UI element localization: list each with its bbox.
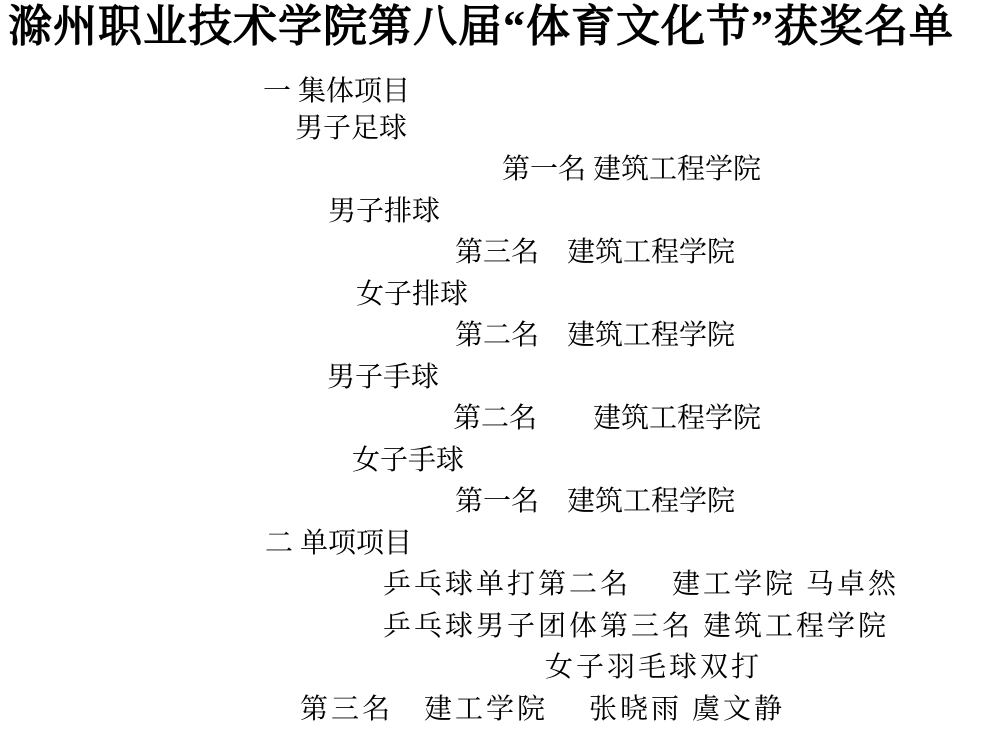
event-mens-football: 男子足球 bbox=[295, 115, 407, 143]
event-mens-handball: 男子手球 bbox=[327, 364, 439, 392]
document-page: 滁州职业技术学院第八届“体育文化节”获奖名单 一 集体项目 男子足球 第一名 建… bbox=[0, 0, 982, 742]
result-table-tennis-mens-team: 乒乓球男子团体第三名 建筑工程学院 bbox=[383, 613, 889, 641]
document-title: 滁州职业技术学院第八届“体育文化节”获奖名单 bbox=[8, 5, 954, 49]
result-mens-football: 第一名 建筑工程学院 bbox=[502, 156, 761, 184]
result-womens-badminton-doubles: 第三名 建工学院 张晓雨 虞文静 bbox=[300, 696, 785, 724]
event-womens-volleyball: 女子排球 bbox=[356, 281, 468, 309]
event-mens-volleyball: 男子排球 bbox=[328, 198, 440, 226]
result-womens-volleyball: 第二名 建筑工程学院 bbox=[455, 322, 735, 350]
event-womens-handball: 女子手球 bbox=[352, 447, 464, 475]
event-womens-badminton-doubles: 女子羽毛球双打 bbox=[545, 654, 762, 682]
result-table-tennis-singles: 乒乓球单打第二名 建工学院 马卓然 bbox=[383, 571, 899, 599]
result-mens-handball: 第二名 建筑工程学院 bbox=[453, 405, 761, 433]
result-mens-volleyball: 第三名 建筑工程学院 bbox=[455, 239, 735, 267]
section-heading-collective-events: 一 集体项目 bbox=[263, 78, 410, 106]
section-heading-individual-events: 二 单项项目 bbox=[265, 530, 412, 558]
result-womens-handball: 第一名 建筑工程学院 bbox=[455, 488, 735, 516]
